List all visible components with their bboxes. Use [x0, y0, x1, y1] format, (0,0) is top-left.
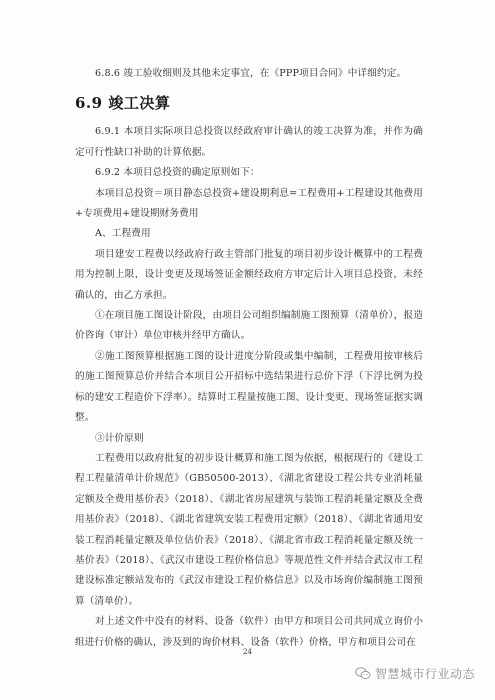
watermark-label: 智慧城市行业动态 [375, 665, 475, 682]
paragraph-a-engineering-cost: A、工程费用 [75, 224, 423, 244]
watermark: 智慧城市行业动态 [355, 665, 475, 682]
paragraph-6-8-6: 6.8.6 竣工验收细则及其他未定事宜，在《PPP项目合同》中详细约定。 [75, 64, 423, 84]
section-heading-6-9: 6.9 竣工决算 [75, 92, 423, 114]
paragraph-item-3-title: ③计价原则 [75, 429, 423, 449]
wechat-icon [355, 667, 371, 680]
page-number: 24 [243, 648, 252, 656]
paragraph-pricing-basis: 工程费用以政府批复的初步设计概算和施工图为依据，根据现行的《建设工程工程量清单计… [75, 449, 423, 612]
paragraph-total-investment-formula: 本项目总投资＝项目静态总投资+建设期利息=工程费用+工程建设其他费用+专项费用+… [75, 184, 423, 225]
document-page: 6.8.6 竣工验收细则及其他未定事宜，在《PPP项目合同》中详细约定。 6.9… [0, 0, 495, 700]
paragraph-6-9-2: 6.9.2 本项目总投资的确定原则如下： [75, 163, 423, 183]
paragraph-item-1: ①在项目施工图设计阶段，由项目公司组织编制施工图预算（清单价），报造价咨询（审计… [75, 306, 423, 347]
document-body: 6.8.6 竣工验收细则及其他未定事宜，在《PPP项目合同》中详细约定。 6.9… [75, 64, 423, 653]
paragraph-6-9-1: 6.9.1 本项目实际项目总投资以经政府审计确认的竣工决算为准，并作为确定可行性… [75, 122, 423, 163]
paragraph-item-2: ②施工图预算根据施工图的设计进度分阶段或集中编制，工程费用按审核后的施工图预算总… [75, 347, 423, 429]
paragraph-construction-cost: 项目建安工程费以经政府行政主管部门批复的项目初步设计概算中的工程费用为控制上限，… [75, 245, 423, 306]
paragraph-inquiry-group: 对上述文件中没有的材料、设备（软件）由甲方和项目公司共同成立询价小组进行价格的确… [75, 612, 423, 653]
